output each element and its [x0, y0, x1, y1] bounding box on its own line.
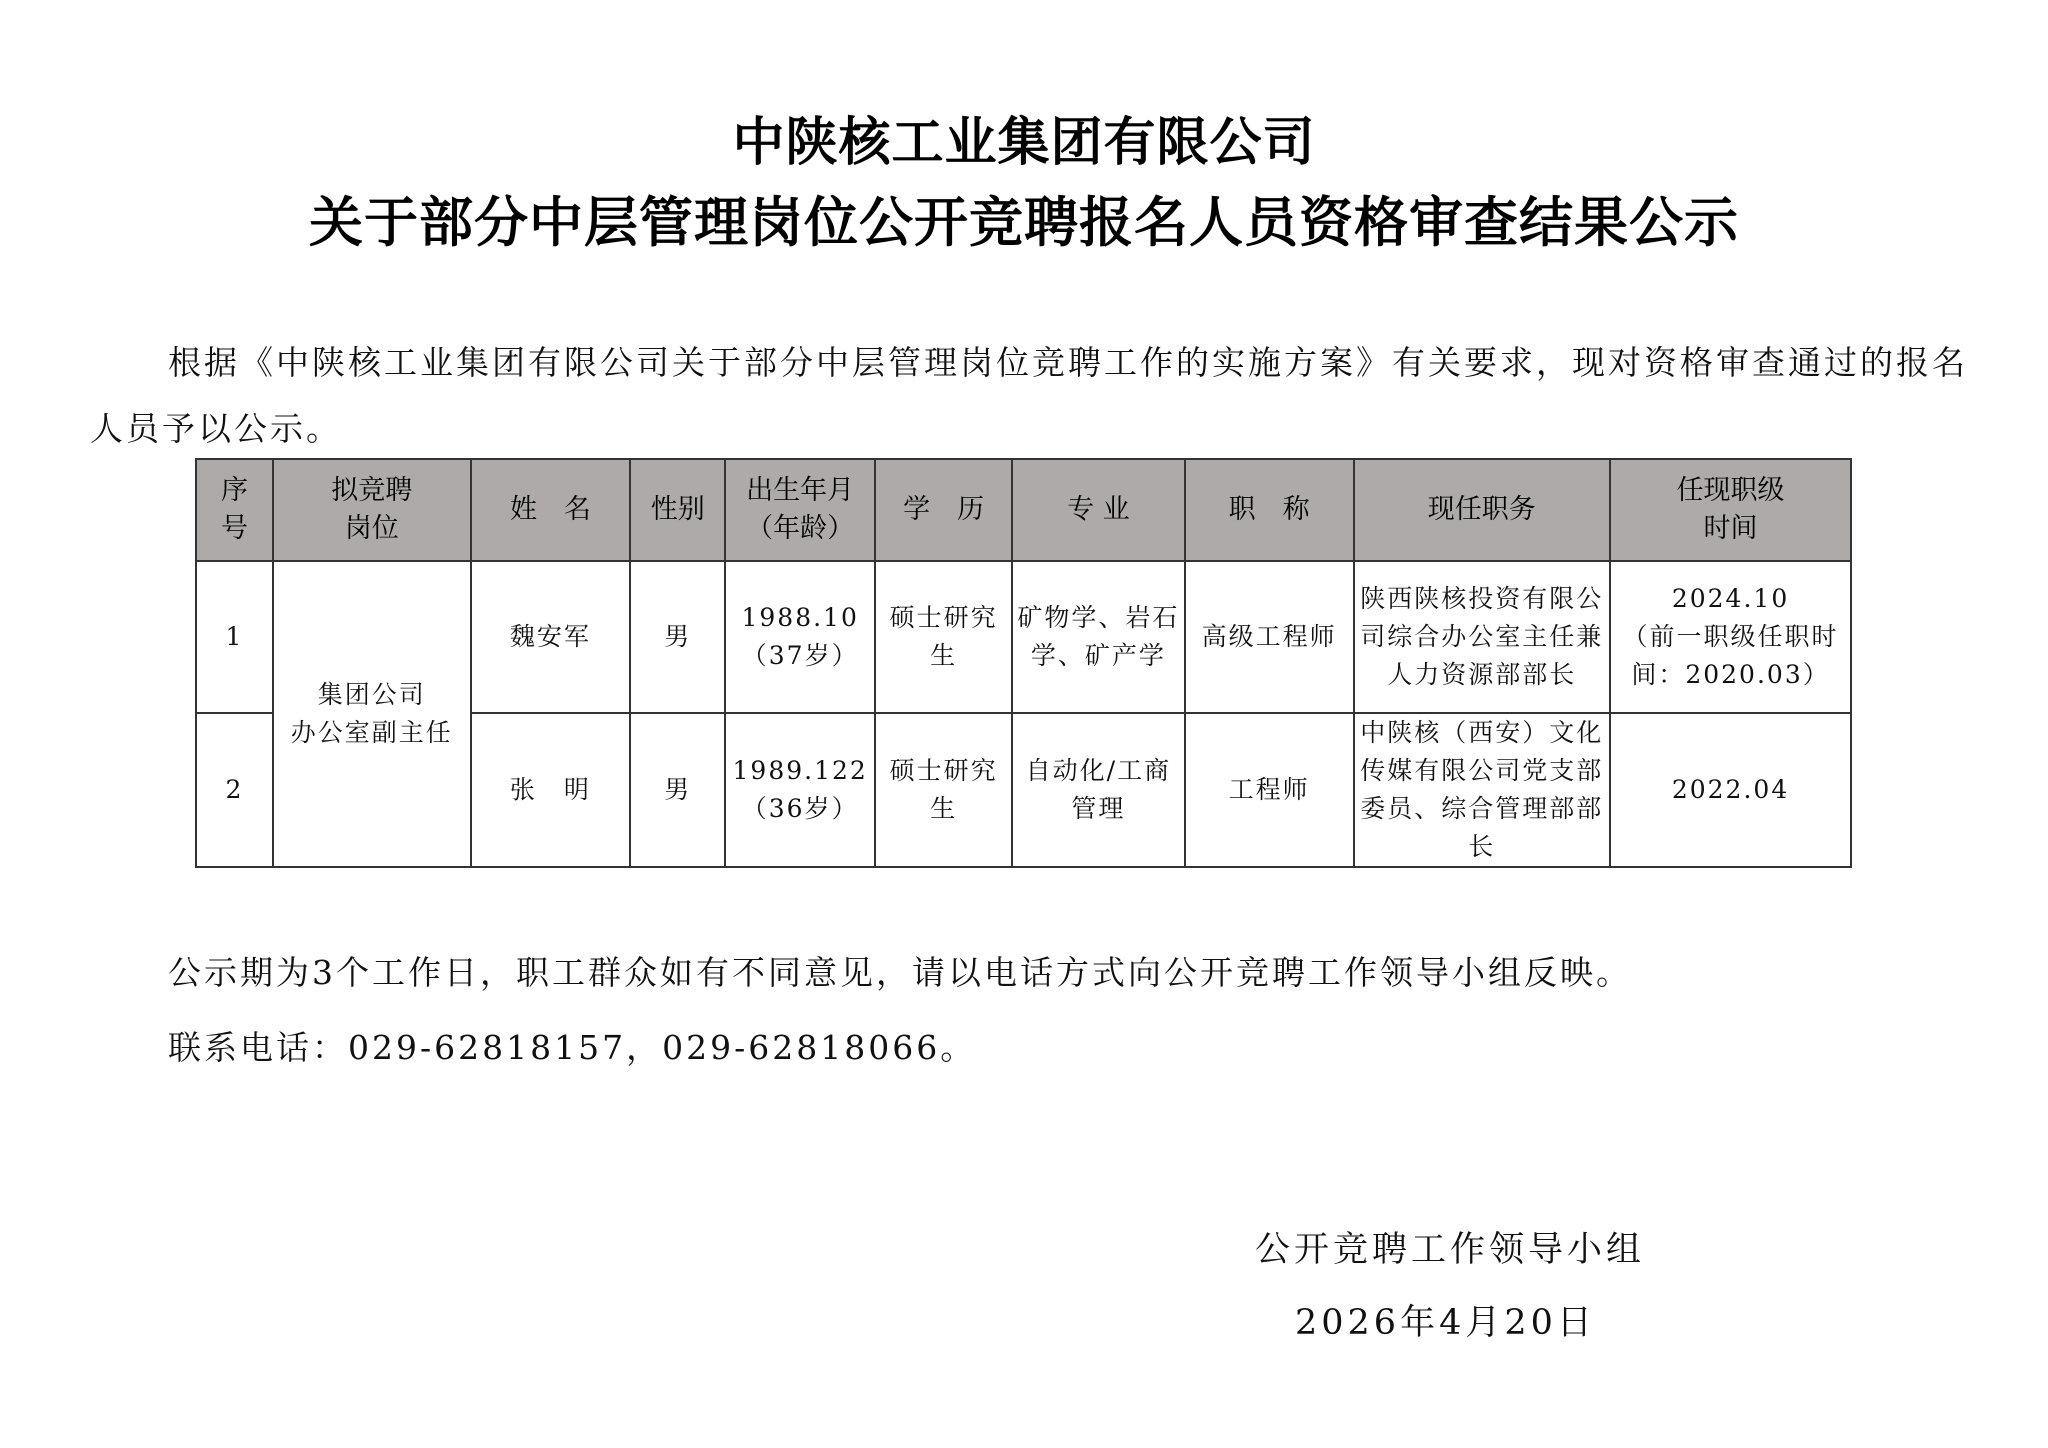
col-header-rank-time: 任现职级时间 [1610, 459, 1851, 561]
cell-birth: 1989.122（36岁） [725, 713, 875, 867]
table-header-row: 序号 拟竞聘岗位 姓 名 性别 出生年月（年龄） 学 历 专 业 职 称 现任职… [196, 459, 1851, 561]
cell-birth: 1988.10（37岁） [725, 561, 875, 713]
col-header-gender: 性别 [630, 459, 725, 561]
candidates-table: 序号 拟竞聘岗位 姓 名 性别 出生年月（年龄） 学 历 专 业 职 称 现任职… [195, 458, 1852, 868]
signature-date: 2026年4月20日 [1295, 1295, 1596, 1345]
notice-title: 关于部分中层管理岗位公开竞聘报名人员资格审查结果公示 [0, 180, 2048, 257]
col-header-no: 序号 [196, 459, 273, 561]
cell-name: 张 明 [471, 713, 631, 867]
contact-phone-text: 联系电话：029-62818157，029-62818066。 [168, 1015, 1968, 1081]
col-header-position: 拟竞聘岗位 [273, 459, 471, 561]
col-header-name: 姓 名 [471, 459, 631, 561]
col-header-birth: 出生年月（年龄） [725, 459, 875, 561]
col-header-education: 学 历 [875, 459, 1012, 561]
col-header-major: 专 业 [1012, 459, 1185, 561]
cell-no: 1 [196, 561, 273, 713]
cell-rank-time: 2022.04 [1610, 713, 1851, 867]
cell-rank-time: 2024.10（前一职级任职时间：2020.03） [1610, 561, 1851, 713]
cell-title: 工程师 [1185, 713, 1354, 867]
cell-name: 魏安军 [471, 561, 631, 713]
cell-education: 硕士研究生 [875, 561, 1012, 713]
cell-major: 矿物学、岩石学、矿产学 [1012, 561, 1185, 713]
cell-title: 高级工程师 [1185, 561, 1354, 713]
intro-paragraph: 根据《中陕核工业集团有限公司关于部分中层管理岗位竞聘工作的实施方案》有关要求，现… [90, 330, 1970, 462]
cell-education: 硕士研究生 [875, 713, 1012, 867]
cell-current-post: 中陕核（西安）文化传媒有限公司党支部委员、综合管理部部长 [1354, 713, 1611, 867]
table-row: 1 集团公司办公室副主任 魏安军 男 1988.10（37岁） 硕士研究生 矿物… [196, 561, 1851, 713]
col-header-current-post: 现任职务 [1354, 459, 1611, 561]
cell-gender: 男 [630, 561, 725, 713]
cell-current-post: 陕西陕核投资有限公司综合办公室主任兼人力资源部部长 [1354, 561, 1611, 713]
company-title: 中陕核工业集团有限公司 [0, 100, 2048, 175]
cell-major: 自动化/工商管理 [1012, 713, 1185, 867]
cell-gender: 男 [630, 713, 725, 867]
signature-org: 公开竞聘工作领导小组 [1255, 1222, 1645, 1272]
col-header-title: 职 称 [1185, 459, 1354, 561]
cell-position: 集团公司办公室副主任 [273, 561, 471, 867]
notice-period-text: 公示期为3个工作日，职工群众如有不同意见，请以电话方式向公开竞聘工作领导小组反映… [168, 940, 1968, 1006]
cell-no: 2 [196, 713, 273, 867]
